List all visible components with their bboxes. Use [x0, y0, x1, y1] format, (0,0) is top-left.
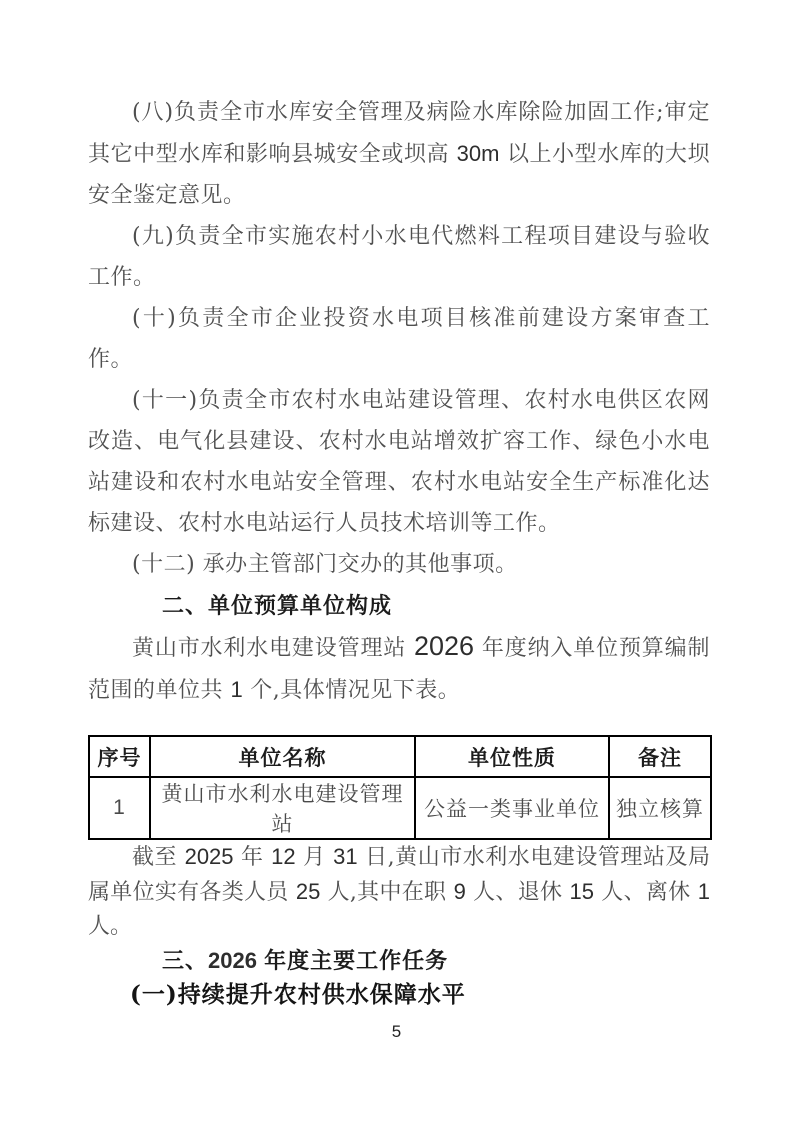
document-page: (八)负责全市水库安全管理及病险水库除险加固工作;审定其它中型水库和影响县城安全… [0, 0, 793, 1122]
table-header-index: 序号 [89, 736, 150, 777]
paragraph-duty-x: (十)负责全市企业投资水电项目核准前建设方案审查工作。 [88, 298, 710, 380]
table-cell-unit-type: 公益一类事业单位 [415, 777, 609, 839]
table-cell-unit-name: 黄山市水利水电建设管理站 [150, 777, 415, 839]
staff-count-paragraph: 截至 2025 年 12 月 31 日,黄山市水利水电建设管理站及局属单位实有各… [88, 840, 710, 944]
table-header-remark: 备注 [609, 736, 711, 777]
section2-intro-paragraph: 黄山市水利水电建设管理站 2026 年度纳入单位预算编制范围的单位共 1 个,具… [88, 626, 710, 711]
paragraph-duty-viii: (八)负责全市水库安全管理及病险水库除险加固工作;审定其它中型水库和影响县城安全… [88, 92, 710, 216]
budget-units-table: 序号 单位名称 单位性质 备注 1 黄山市水利水电建设管理站 公益一类事业单位 … [88, 735, 712, 840]
table-header-unit-name: 单位名称 [150, 736, 415, 777]
table-header-row: 序号 单位名称 单位性质 备注 [89, 736, 711, 777]
table-row: 1 黄山市水利水电建设管理站 公益一类事业单位 独立核算 [89, 777, 711, 839]
content-area: (八)负责全市水库安全管理及病险水库除险加固工作;审定其它中型水库和影响县城安全… [88, 92, 710, 1012]
section2-heading: 二、单位预算单位构成 [88, 585, 710, 626]
section3-heading: 三、2026 年度主要工作任务 [88, 944, 710, 978]
table-header-unit-type: 单位性质 [415, 736, 609, 777]
section3-subheading: (一)持续提升农村供水保障水平 [88, 978, 710, 1012]
paragraph-duty-ix: (九)负责全市实施农村小水电代燃料工程项目建设与验收工作。 [88, 216, 710, 298]
paragraph-duty-xii: (十二) 承办主管部门交办的其他事项。 [88, 544, 710, 585]
table-cell-index: 1 [89, 777, 150, 839]
paragraph-duty-xi: (十一)负责全市农村水电站建设管理、农村水电供区农网改造、电气化县建设、农村水电… [88, 380, 710, 544]
page-number: 5 [0, 1022, 793, 1042]
table-cell-remark: 独立核算 [609, 777, 711, 839]
bottom-section: 截至 2025 年 12 月 31 日,黄山市水利水电建设管理站及局属单位实有各… [88, 840, 710, 1012]
